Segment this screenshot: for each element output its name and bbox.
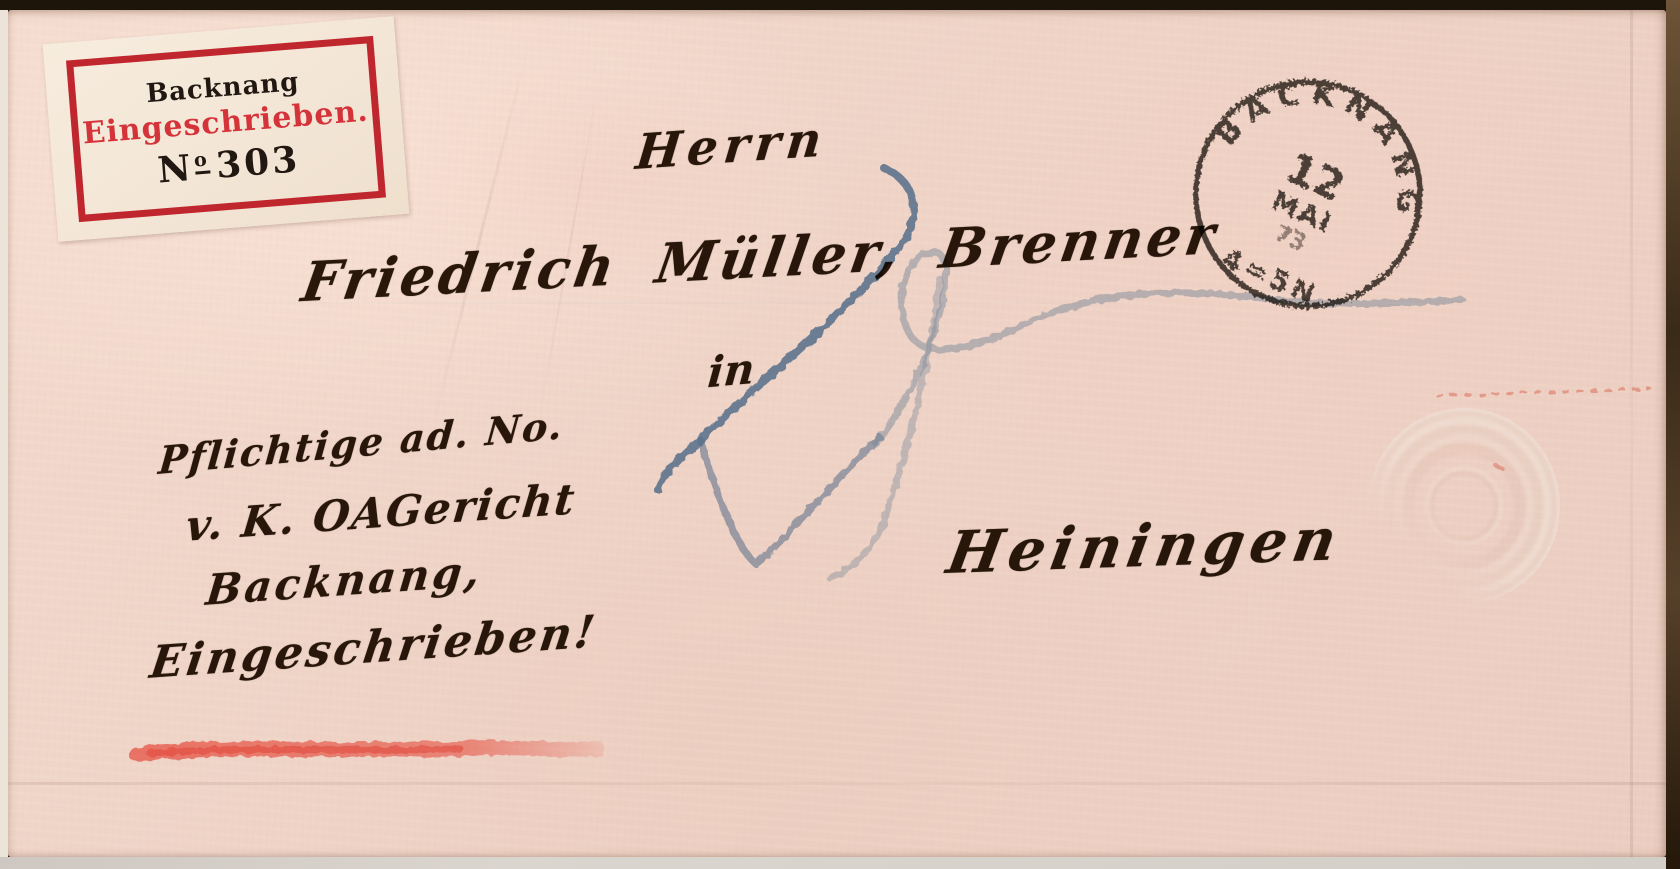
label-number-sign-sup: o — [193, 148, 211, 174]
label-number: No303 — [156, 138, 302, 191]
label-number-sign: N — [156, 146, 195, 191]
address-preposition: in — [706, 344, 757, 398]
cover-photo: Backnang Eingeschrieben. No303 BACKNANG … — [0, 0, 1680, 869]
registration-label-border: Backnang Eingeschrieben. No303 — [66, 36, 386, 222]
address-place: Heiningen — [942, 505, 1348, 587]
label-number-value: 303 — [214, 138, 301, 187]
registration-label: Backnang Eingeschrieben. No303 — [43, 16, 410, 242]
paper-crease — [8, 782, 1668, 785]
embossed-seal — [1368, 408, 1560, 604]
photo-edge-right — [1666, 0, 1680, 869]
paper-crease — [8, 302, 1258, 304]
photo-edge-bottom — [0, 857, 1680, 869]
paper-crease — [1630, 10, 1633, 857]
embossed-seal-inner-ring — [1426, 467, 1503, 545]
photo-edge-left — [0, 10, 8, 857]
